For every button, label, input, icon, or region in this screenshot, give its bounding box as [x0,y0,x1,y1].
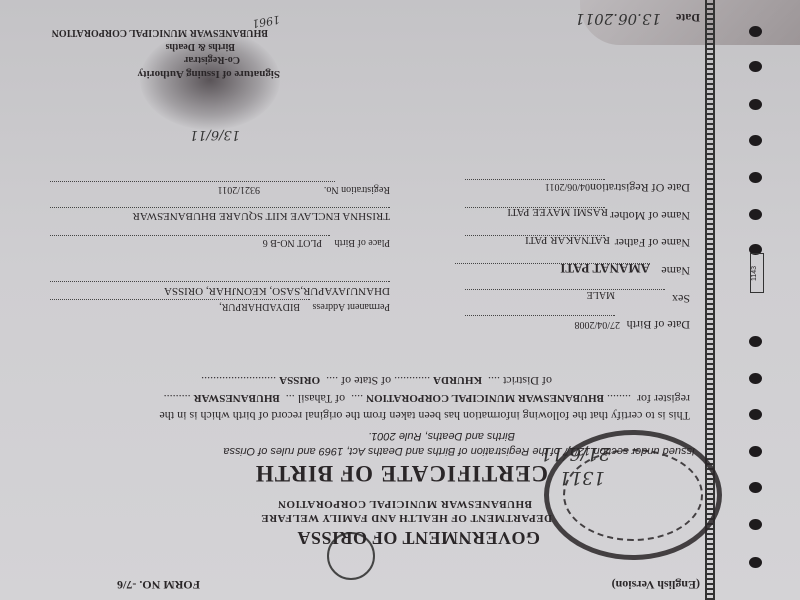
registration-no-value: 9321/2011 [218,184,260,195]
dob-label: Date of Birth [627,317,690,332]
state-value: ORISSA [279,374,320,386]
binding-hole-icon [749,135,762,146]
sex-label: Sex [672,291,690,306]
father-value: RATNAKAR PATI [525,234,610,246]
department-heading: DEPARTMENT OF HEALTH AND FAMILY WELFARE [261,512,552,524]
form-number: FORM NO. -7/6 [117,577,200,592]
language-note: (English Version) [612,577,700,592]
address-label: Permanent Address [313,301,391,312]
certification-text: This is to certify that the following in… [159,408,690,423]
side-serial-number: 1143 [750,253,764,293]
father-label: Name of Father [615,235,690,250]
authority-line2: Births & Deaths [166,41,235,52]
government-heading: GOVERNMENT OF ORISSA [297,527,540,548]
district-label: of District [503,374,552,388]
issue-date-label: Date [676,11,700,25]
register-for-label: register for [637,392,690,406]
signature-label: Signature of Issuing Authority [137,68,280,80]
handwritten-number: 1311 [559,467,605,488]
district-value: KHURDA [433,374,482,386]
binding-hole-icon [749,336,762,347]
district-row: of District .... KHURDA ............ of … [201,373,552,388]
mother-label: Name of Mother [610,208,690,223]
sex-value: MALE [587,289,615,300]
address-line2: DHANUJAYAPUR,SASO, KEONJHAR, ORISSA [164,285,390,297]
binding-hole-icon [749,99,762,110]
registration-date-label: Date Of Registration [590,180,690,195]
register-for-row: register for ........ BHUBANESWAR MUNICI… [164,391,690,406]
binding-hole-icon [749,557,762,568]
signature-mark: 1961 [251,13,281,31]
address-line1: BIDYADHARPUR, [219,301,300,312]
state-label: of State of [341,374,391,388]
certificate-title: CERTIFICATE OF BIRTH [255,460,548,486]
binding-hole-icon [749,26,762,37]
binding-hole-icon [749,482,762,493]
signature-handwritten-date: 13/6/11 [190,127,240,142]
corporation-heading: BHUBANESWAR MUNICIPAL CORPORATION [278,498,532,510]
binding-hole-icon [749,519,762,530]
place-of-birth-line2: TRISHNA ENCLAVE KIIT SQUARE BHUBANESWAR [133,210,391,222]
rule-text: Births and Deaths, Rule 2001. [368,430,515,442]
tahasil-label: of Tahasil [298,392,345,406]
binding-hole-icon [749,446,762,457]
birth-certificate-sheet: 1143 (English Version) FORM NO. -7/6 GOV… [0,0,800,600]
register-for-value: BHUBANESWAR MUNICIPAL CORPORATION [366,392,604,404]
authority-line3: BHUBANESWAR MUNICIPAL CORPORATION [52,27,268,38]
registration-date-value: 04/06/2011 [545,181,590,192]
dob-value: 27/04/2008 [574,319,620,330]
authority-line1: Co-Registrar [184,54,240,65]
binding-hole-icon [749,373,762,384]
mother-value: RASMI MAYEE PATI [507,206,608,218]
issue-date-row: Date 13.06.2011 [575,10,700,28]
binding-hole-icon [749,61,762,72]
binding-hole-icon [749,409,762,420]
place-of-birth-line1: PLOT NO-B 6 [263,237,322,248]
issued-under-text: Issued under section 12/17 of the Regist… [223,445,695,457]
registration-no-label: Registration No. [324,184,390,195]
name-label: Name [661,263,690,278]
binding-hole-icon [749,172,762,183]
binding-hole-icon [749,209,762,220]
place-of-birth-label: Place of Birth [334,237,390,248]
child-name-value: AMANAT PATI [560,260,650,276]
issue-date-value: 13.06.2011 [575,10,661,28]
tahasil-value: BHUBANESWAR [194,392,280,404]
